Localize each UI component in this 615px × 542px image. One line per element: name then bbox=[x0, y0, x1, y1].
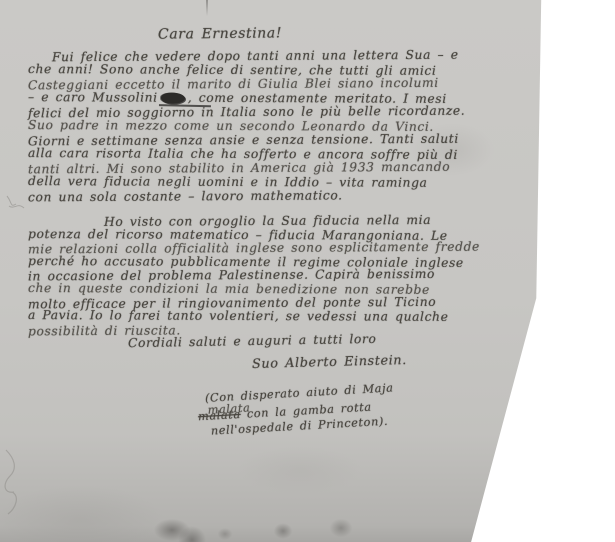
ink-scribble-redaction bbox=[161, 93, 185, 104]
struck-word: malata bbox=[198, 408, 241, 423]
paragraph-1: Fui felice che vedere dopo tanti anni un… bbox=[28, 49, 465, 203]
pencil-doodle bbox=[0, 448, 40, 520]
paragraph-2: Ho visto con orgoglio la Sua fiducia nel… bbox=[28, 215, 480, 337]
pencil-check-mark bbox=[4, 192, 30, 218]
letter-line-pre: – e caro Mussolini bbox=[28, 90, 158, 105]
letter-line: con una sola costante – lavoro mathemati… bbox=[28, 188, 465, 205]
salutation: Cara Ernestina! bbox=[158, 25, 282, 42]
scanned-letter-image: Cara Ernestina! Fui felice che vedere do… bbox=[0, 0, 615, 542]
paper-fold-mark bbox=[206, 0, 208, 16]
